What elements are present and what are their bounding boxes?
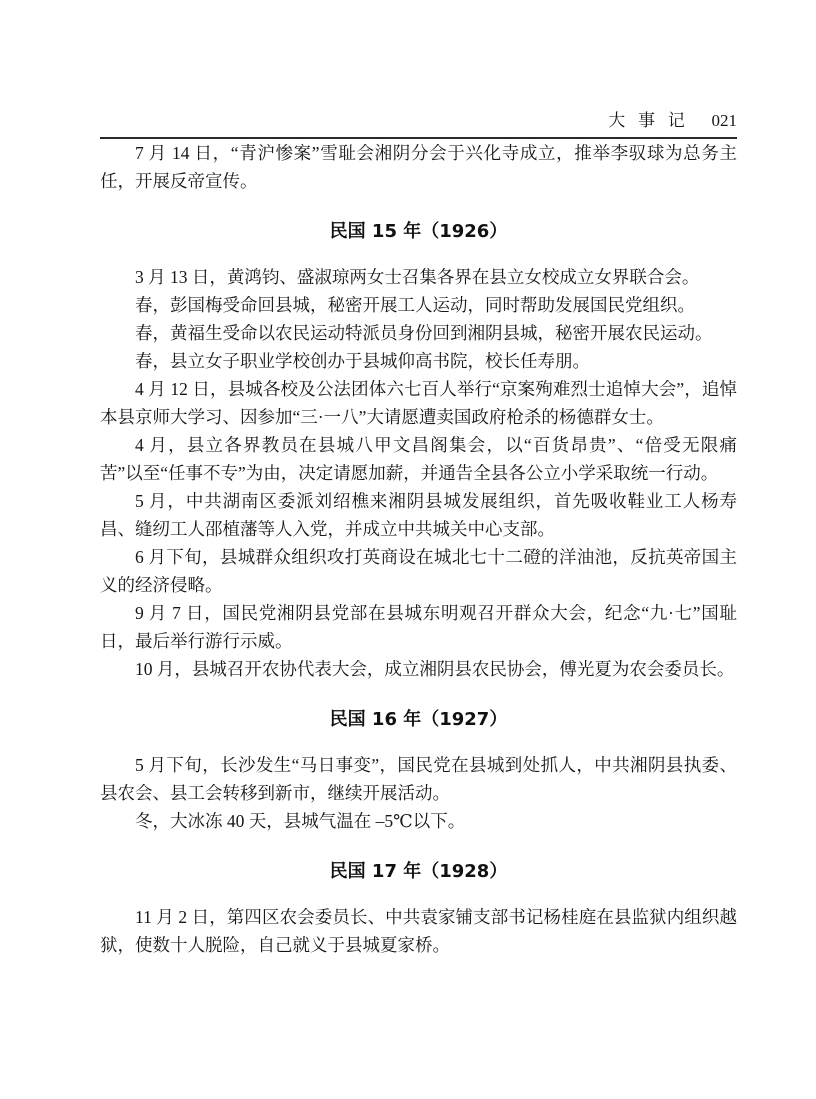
paragraph: 3 月 13 日，黄鸿钧、盛淑琼两女士召集各界在县立女校成立女界联合会。 (100, 263, 737, 291)
paragraph: 9 月 7 日，国民党湘阴县党部在县城东明观召开群众大会，纪念“九·七”国耻日，… (100, 599, 737, 655)
paragraph: 11 月 2 日，第四区农会委员长、中共袁家铺支部书记杨桂庭在县监狱内组织越狱，… (100, 903, 737, 959)
section-heading-1927: 民国 16 年（1927） (100, 707, 737, 733)
page-body: 7 月 14 日，“青沪惨案”雪耻会湘阴分会于兴化寺成立，推举李驭球为总务主任，… (100, 139, 737, 959)
intro-paragraph: 7 月 14 日，“青沪惨案”雪耻会湘阴分会于兴化寺成立，推举李驭球为总务主任，… (100, 139, 737, 195)
running-header-title: 大事记 (608, 106, 697, 131)
paragraph: 5 月下旬，长沙发生“马日事变”，国民党在县城到处抓人，中共湘阴县执委、县农会、… (100, 751, 737, 807)
paragraph: 春，黄福生受命以农民运动特派员身份回到湘阴县城，秘密开展农民运动。 (100, 319, 737, 347)
section-1927: 民国 16 年（1927） 5 月下旬，长沙发生“马日事变”，国民党在县城到处抓… (100, 707, 737, 835)
section-1926: 民国 15 年（1926） 3 月 13 日，黄鸿钧、盛淑琼两女士召集各界在县立… (100, 219, 737, 683)
paragraph: 5 月，中共湖南区委派刘绍樵来湘阴县城发展组织，首先吸收鞋业工人杨寿昌、缝纫工人… (100, 487, 737, 543)
paragraph: 春，彭国梅受命回县城，秘密开展工人运动，同时帮助发展国民党组织。 (100, 291, 737, 319)
paragraph: 4 月 12 日，县城各校及公法团体六七百人举行“京案殉难烈士追悼大会”，追悼本… (100, 375, 737, 431)
running-header: 大事记 021 (100, 106, 737, 139)
paragraph: 10 月，县城召开农协代表大会，成立湘阴县农民协会，傅光夏为农会委员长。 (100, 655, 737, 683)
document-page: 大事记 021 7 月 14 日，“青沪惨案”雪耻会湘阴分会于兴化寺成立，推举李… (0, 0, 816, 1099)
section-1928: 民国 17 年（1928） 11 月 2 日，第四区农会委员长、中共袁家铺支部书… (100, 859, 737, 959)
section-heading-1926: 民国 15 年（1926） (100, 219, 737, 245)
paragraph: 4 月，县立各界教员在县城八甲文昌阁集会，以“百货昂贵”、“倍受无限痛苦”以至“… (100, 431, 737, 487)
page-number: 021 (712, 111, 738, 131)
paragraph: 冬，大冰冻 40 天，县城气温在 –5℃以下。 (100, 807, 737, 835)
paragraph: 春，县立女子职业学校创办于县城仰高书院，校长任寿朋。 (100, 347, 737, 375)
paragraph: 6 月下旬，县城群众组织攻打英商设在城北七十二磴的洋油池，反抗英帝国主义的经济侵… (100, 543, 737, 599)
section-heading-1928: 民国 17 年（1928） (100, 859, 737, 885)
